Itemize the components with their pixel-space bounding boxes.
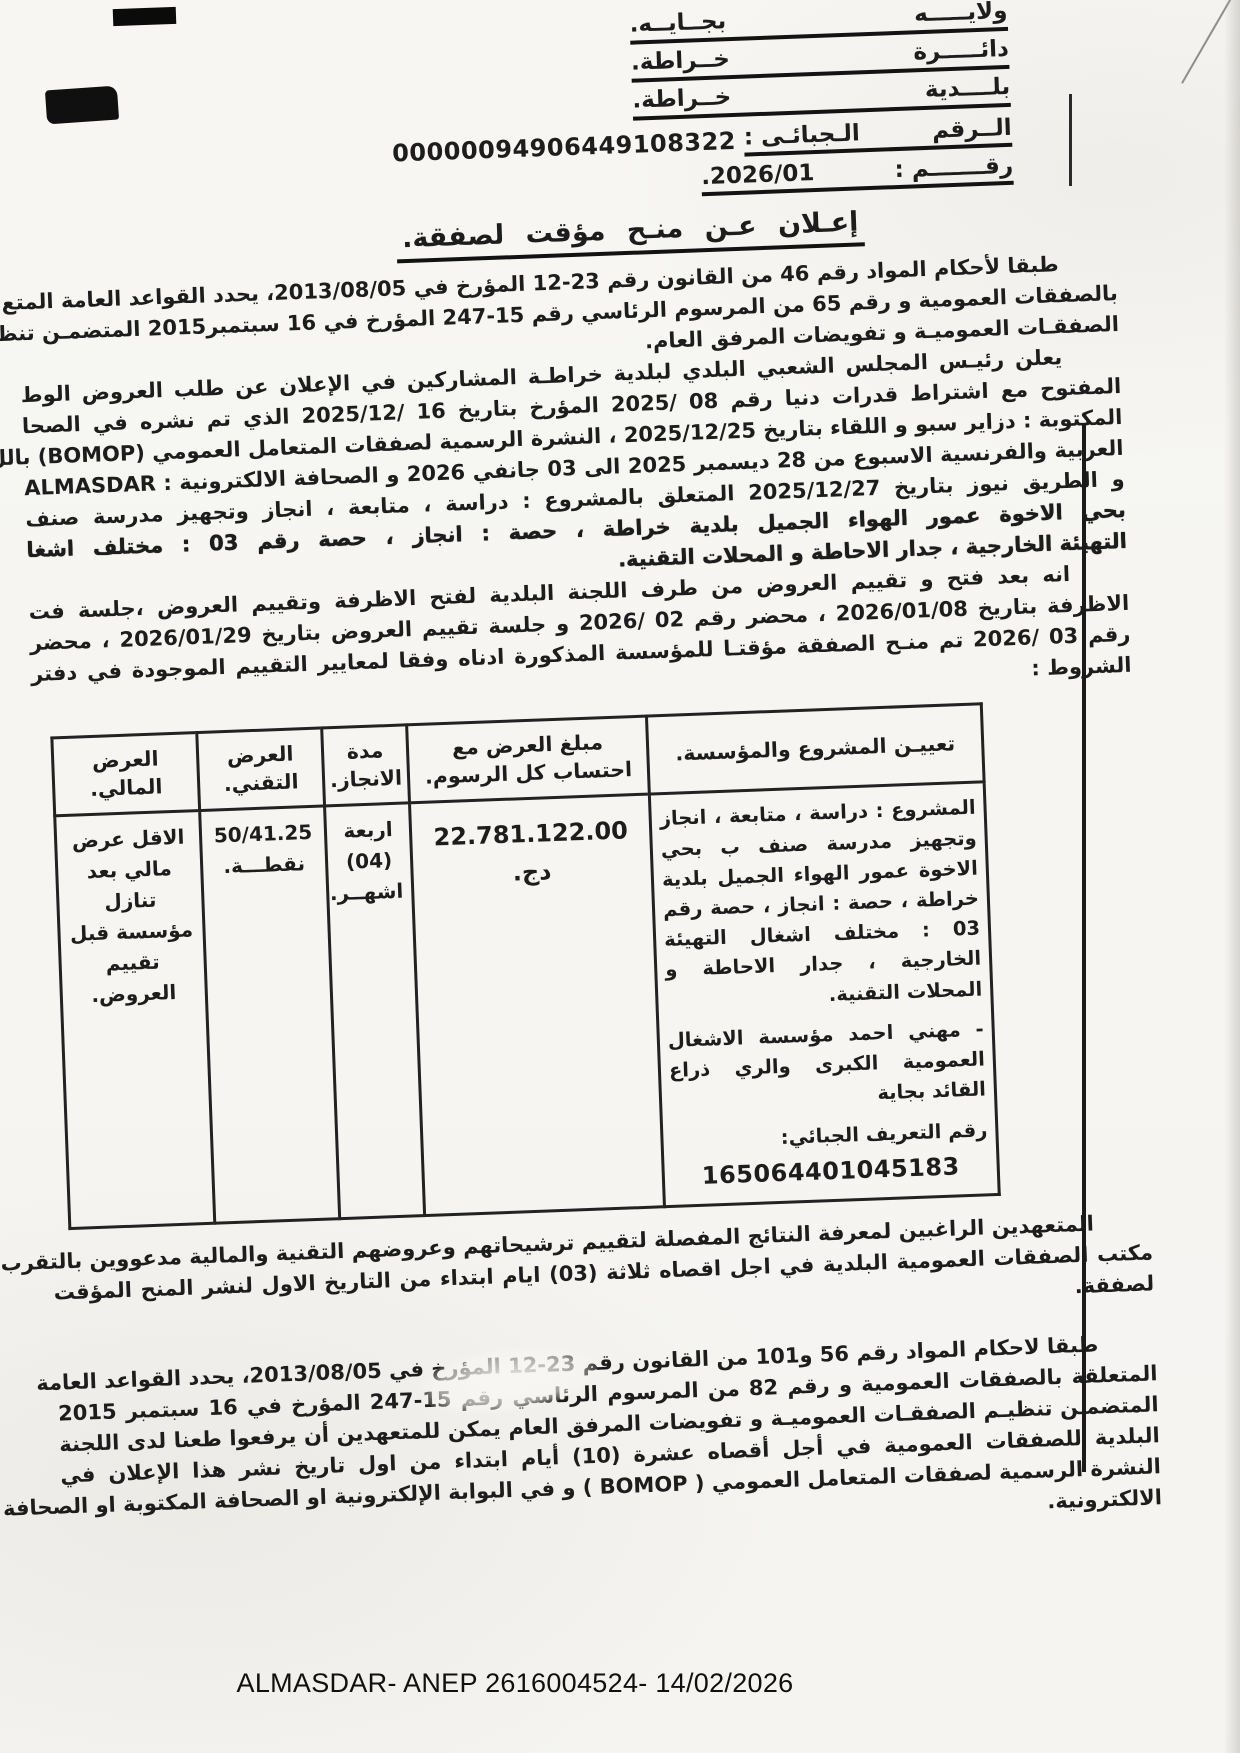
- scan-shadow-band: [1224, 0, 1240, 1753]
- wilaya-word-1: ولايـــــه: [914, 0, 1008, 29]
- fiscal-id-label: الــرقم الـجبائـى :: [743, 115, 1012, 157]
- page-title: إعـلان عـن منـح مؤقت لصفقة.: [395, 206, 865, 263]
- col-header-financial: العرض المالي.: [52, 733, 200, 817]
- company-name: - مهني احمد مؤسسة الاشغال العمومية الكبر…: [667, 1014, 986, 1116]
- col-header-project: تعييـن المشروع والمؤسسة.: [646, 704, 984, 795]
- fiscal-id-number: 00000094906449108322: [392, 127, 737, 170]
- paragraph-announcement: يعلن رئيـس المجلس الشعبي البلدي لبلدية خ…: [20, 340, 1127, 597]
- col-header-technical: العرض التقني.: [197, 728, 325, 811]
- scan-edge-line: [1082, 424, 1086, 1472]
- col-header-amount: مبلغ العرض مع احتساب كل الرسوم.: [407, 716, 650, 803]
- fiscal-label-word-2: الـجبائـى :: [743, 120, 860, 150]
- table-row: المشروع : دراسة ، متابعة ، انجاز وتجهيز …: [55, 782, 999, 1228]
- government-header: ولايـــــه بجــايــه. دائـــــرة خــراطة…: [629, 0, 1011, 121]
- scan-edge-line-short: [1069, 94, 1072, 186]
- daira-word-1: دائـــــرة: [913, 34, 1010, 67]
- reference-number-line: رقـــــــم : ‪2026/01‬.: [701, 153, 1014, 196]
- document-sheet: ولايـــــه بجــايــه. دائـــــرة خــراطة…: [7, 0, 1162, 1553]
- fiscal-label-word-1: الــرقم: [932, 115, 1013, 144]
- scan-ink-mark: [113, 7, 177, 26]
- commune-word-2: خــراطة.: [632, 82, 732, 116]
- reference-value: ‪2026/01‬.: [701, 160, 815, 190]
- cell-project: المشروع : دراسة ، متابعة ، انجاز وتجهيز …: [649, 782, 999, 1207]
- cell-duration: اربعة (04) اشهــر.: [325, 803, 425, 1218]
- cell-financial-offer: الاقل عرض مالي بعد تنازل مؤسسة قبل تقييم…: [55, 811, 215, 1229]
- commune-word-1: بلــــدية: [924, 72, 1010, 105]
- cell-technical-score: ‪50/41.25‬ نقطـــة.: [200, 806, 340, 1223]
- paragraph-appeal-notice: طبقا لاحكام المواد رقم 56 و101 من القانو…: [56, 1327, 1162, 1553]
- paragraph-results-notice: المتعهدين الراغبين لمعرفة النتائج المفصل…: [52, 1206, 1155, 1339]
- cell-amount: 22.781.122.00 دج.: [410, 794, 665, 1215]
- wilaya-word-2: بجــايــه.: [629, 6, 727, 40]
- publication-footer: ALMASDAR- ANEP 2616004524- 14/02/2026: [0, 1668, 1030, 1699]
- scan-ink-blob: [45, 86, 119, 125]
- daira-word-2: خــراطة.: [630, 44, 730, 78]
- reference-label: رقـــــــم :: [894, 153, 1013, 183]
- col-header-duration: مدة الانجاز.: [322, 725, 410, 806]
- project-description: المشروع : دراسة ، متابعة ، انجاز وتجهيز …: [659, 793, 983, 1016]
- award-table: تعييـن المشروع والمؤسسة. مبلغ العرض مع ا…: [50, 702, 1000, 1230]
- scanned-announcement-page: ولايـــــه بجــايــه. دائـــــرة خــراطة…: [0, 0, 1240, 1753]
